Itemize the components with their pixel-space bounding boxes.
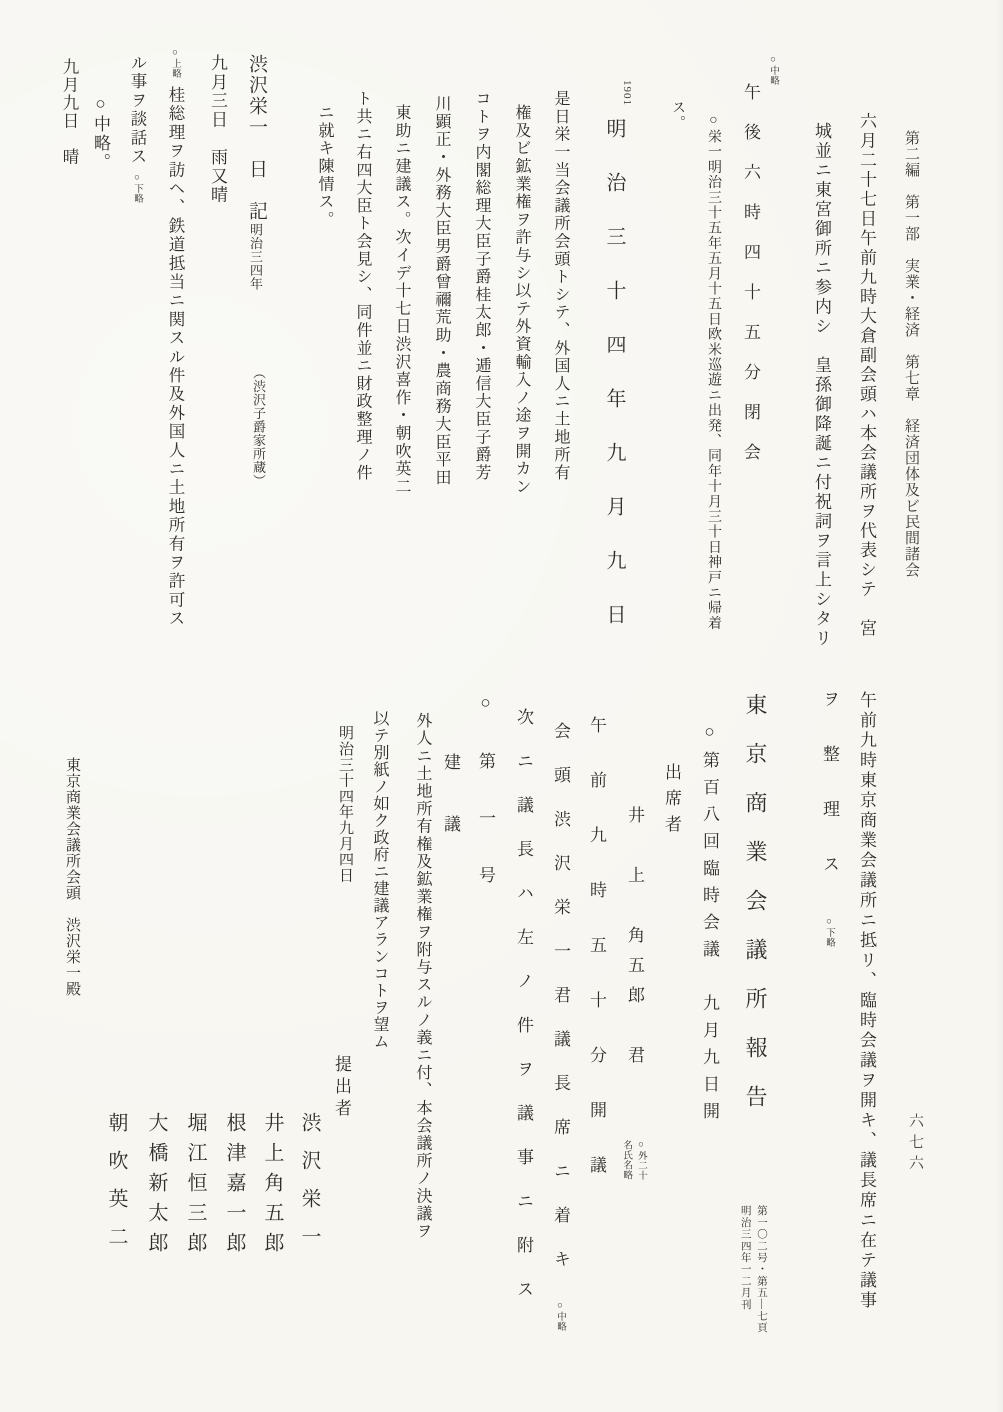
attendee-name: 井 上 角五郎 君 [626,806,643,1076]
submitter-name: 堀江恒三郎 [185,1112,205,1262]
report-title: 東京商業会議所報告 [744,693,766,1134]
submitter-name: 井上角五郎 [262,1112,282,1262]
submitter-name: 大橋新太郎 [146,1112,166,1262]
paragraph-line: 是日栄一当会議所会頭トシテ、外国人ニ土地所有 [552,90,568,482]
omission-note: ○下略 [132,173,142,204]
proposal-line: 以テ別紙ノ如ク政府ニ建議アランコトヲ望ム [371,710,387,1050]
page-number: 六七六 [907,1113,922,1176]
proposal-date: 明治三十四年九月四日 [337,725,352,883]
submitter-name: 根津嘉一郎 [224,1112,244,1262]
editor-note-line: ○栄一明治三十五年五月十五日欧米巡遊ニ出発、同年十月三十日神戸ニ帰着 [706,113,720,631]
diary-source: （渋沢子爵家所蔵） [252,366,265,488]
proposal-heading: 建 議 [442,753,459,846]
diary-cont-line: ヲ整理ス○下略 [821,690,838,948]
diary-entry-date: 九月三日 雨又晴 [209,54,226,204]
addressee-line: 東京商業会議所会頭 渋沢栄一殿 [64,757,79,997]
diary-entry-line: ○上略桂総理ヲ訪ヘ、鉄道抵当ニ関スル件及外国人ニ土地所有ヲ許可ス [167,48,184,628]
year-label: 1901 [621,80,632,106]
diary-entry-line: ル事ヲ談話ス○下略 [129,54,146,204]
chair-line: 会頭渋沢栄一君議長席ニ着キ○中略 [552,722,569,1332]
attendees-label: 出席者 [663,763,680,841]
paragraph-line: ニ就キ陳情ス。 [316,104,332,229]
diary-title: 渋沢栄一 日 記 [247,54,266,222]
omission-line: ○中略。 [92,94,109,172]
paragraph-line: ト共ニ右四大臣ト会見シ、同件並ニ財政整理ノ件 [354,90,370,482]
closing-time-line: 午後六時四十五分閉会 [742,83,759,483]
proposal-line: 外人ニ土地所有権及鉱業権ヲ附与スルノ義ニ付、本会議所ノ決議ヲ [414,712,430,1240]
diary-text: 桂総理ヲ訪ヘ、鉄道抵当ニ関スル件及外国人ニ土地所有ヲ許可ス [166,86,185,628]
omission-note: ○中略 [768,55,778,86]
submitters-label: 提出者 [333,1055,350,1121]
chapter-header: 第二編 第一部 実業・経済 第七章 経済団体及ビ民間諸会 [903,130,918,578]
omission-note: ○中略 [555,1301,565,1332]
editor-note-line: ス。 [670,100,684,130]
attendee-note: ○外二十 名氏名略 [619,1140,648,1181]
opening-time-line: 午前九時五十分開議 [588,716,605,1211]
diary-cont-line: 午前九時東京商業会議所ニ抵リ、臨時会議ヲ開キ、議長席ニ在テ議事 [858,691,875,1311]
body-line: 城並ニ東宮御所ニ参内シ 皇孫御降誕ニ付祝詞ヲ言上シタリ [813,122,830,649]
paragraph-line: コトヲ内閣総理大臣子爵桂太郎・逓信大臣子爵芳 [473,90,489,482]
submitter-name: 渋沢栄一 [299,1112,319,1264]
diary-entry-date: 九月九日 晴 [61,58,78,166]
session-heading: ○第百八回臨時会議 九月九日開 [701,722,718,1129]
omission-note: ○上略 [170,48,180,79]
date-heading: 明治三十四年九月九日 [604,118,624,658]
paragraph-line: 権及ビ鉱業権ヲ許与シ以テ外資輸入ノ途ヲ開カン [513,104,529,496]
paragraph-line: 川顕正・外務大臣男爵曾禰荒助・農商務大臣平田 [433,95,449,487]
report-citation: 第一〇二号・第五―七頁 明治三四年一二月刊 [736,1205,769,1334]
chair-text: 会頭渋沢栄一君議長席ニ着キ [551,722,570,1294]
omission-note: ○下略 [824,917,834,948]
document-page: 第二編 第一部 実業・経済 第七章 経済団体及ビ民間諸会 六月二十七日午前九時大… [0,0,1003,1412]
diary-text: ル事ヲ談話ス [128,54,147,166]
item-number: ○第一号 [477,693,494,923]
diary-year: 明治三四年 [249,223,262,291]
diary-text: ヲ整理ス [820,690,839,910]
agenda-line: 次ニ議長ハ左ノ件ヲ議事ニ附ス [515,708,532,1324]
submitter-name: 朝吹英二 [106,1112,126,1264]
body-line: 六月二十七日午前九時大倉副会頭ハ本会議所ヲ代表シテ 宮 [858,112,875,639]
paragraph-line: 東助ニ建議ス。次イデ十七日渋沢喜作・朝吹英二 [393,104,409,496]
